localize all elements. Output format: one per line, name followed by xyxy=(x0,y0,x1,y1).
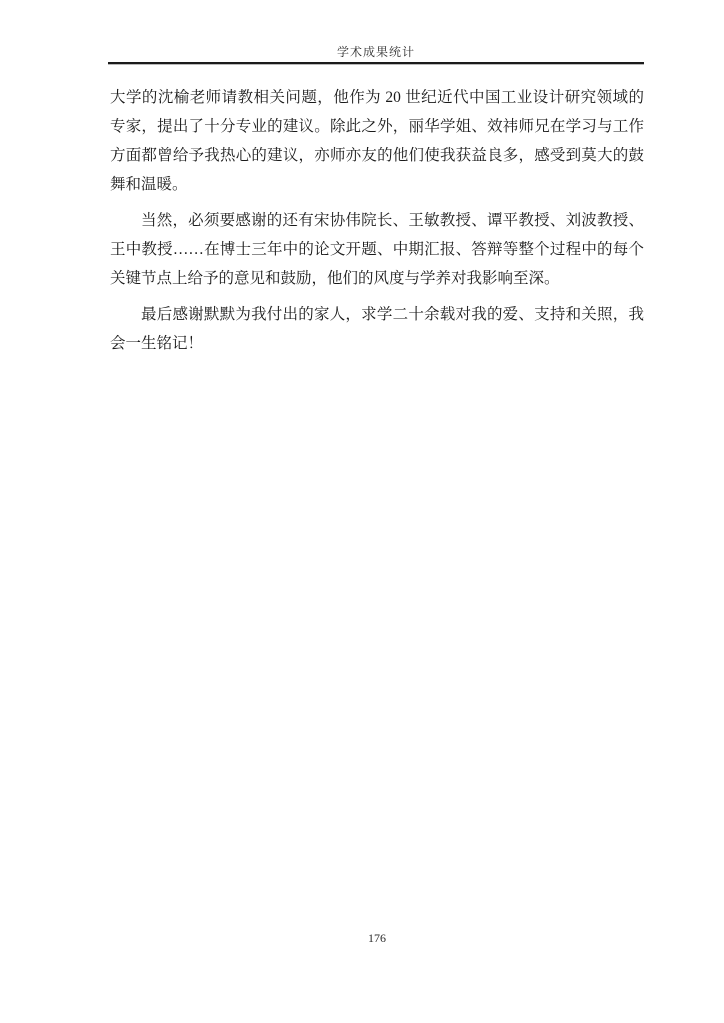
page-footer: 176 xyxy=(110,929,644,947)
paragraph-2: 当然，必须要感谢的还有宋协伟院长、王敏教授、谭平教授、刘波教授、王中教授……在博… xyxy=(110,206,644,293)
page-number: 176 xyxy=(368,931,386,945)
paragraph-3: 最后感谢默默为我付出的家人，求学二十余载对我的爱、支持和关照，我会一生铭记！ xyxy=(110,300,644,358)
page-body: 大学的沈榆老师请教相关问题，他作为 20 世纪近代中国工业设计研究领域的专家，提… xyxy=(110,83,644,365)
header-rule xyxy=(108,62,644,65)
paragraph-1: 大学的沈榆老师请教相关问题，他作为 20 世纪近代中国工业设计研究领域的专家，提… xyxy=(110,83,644,199)
header-title: 学术成果统计 xyxy=(108,0,644,60)
page-header: 学术成果统计 xyxy=(108,0,644,65)
document-page: 学术成果统计 大学的沈榆老师请教相关问题，他作为 20 世纪近代中国工业设计研究… xyxy=(0,0,724,1023)
